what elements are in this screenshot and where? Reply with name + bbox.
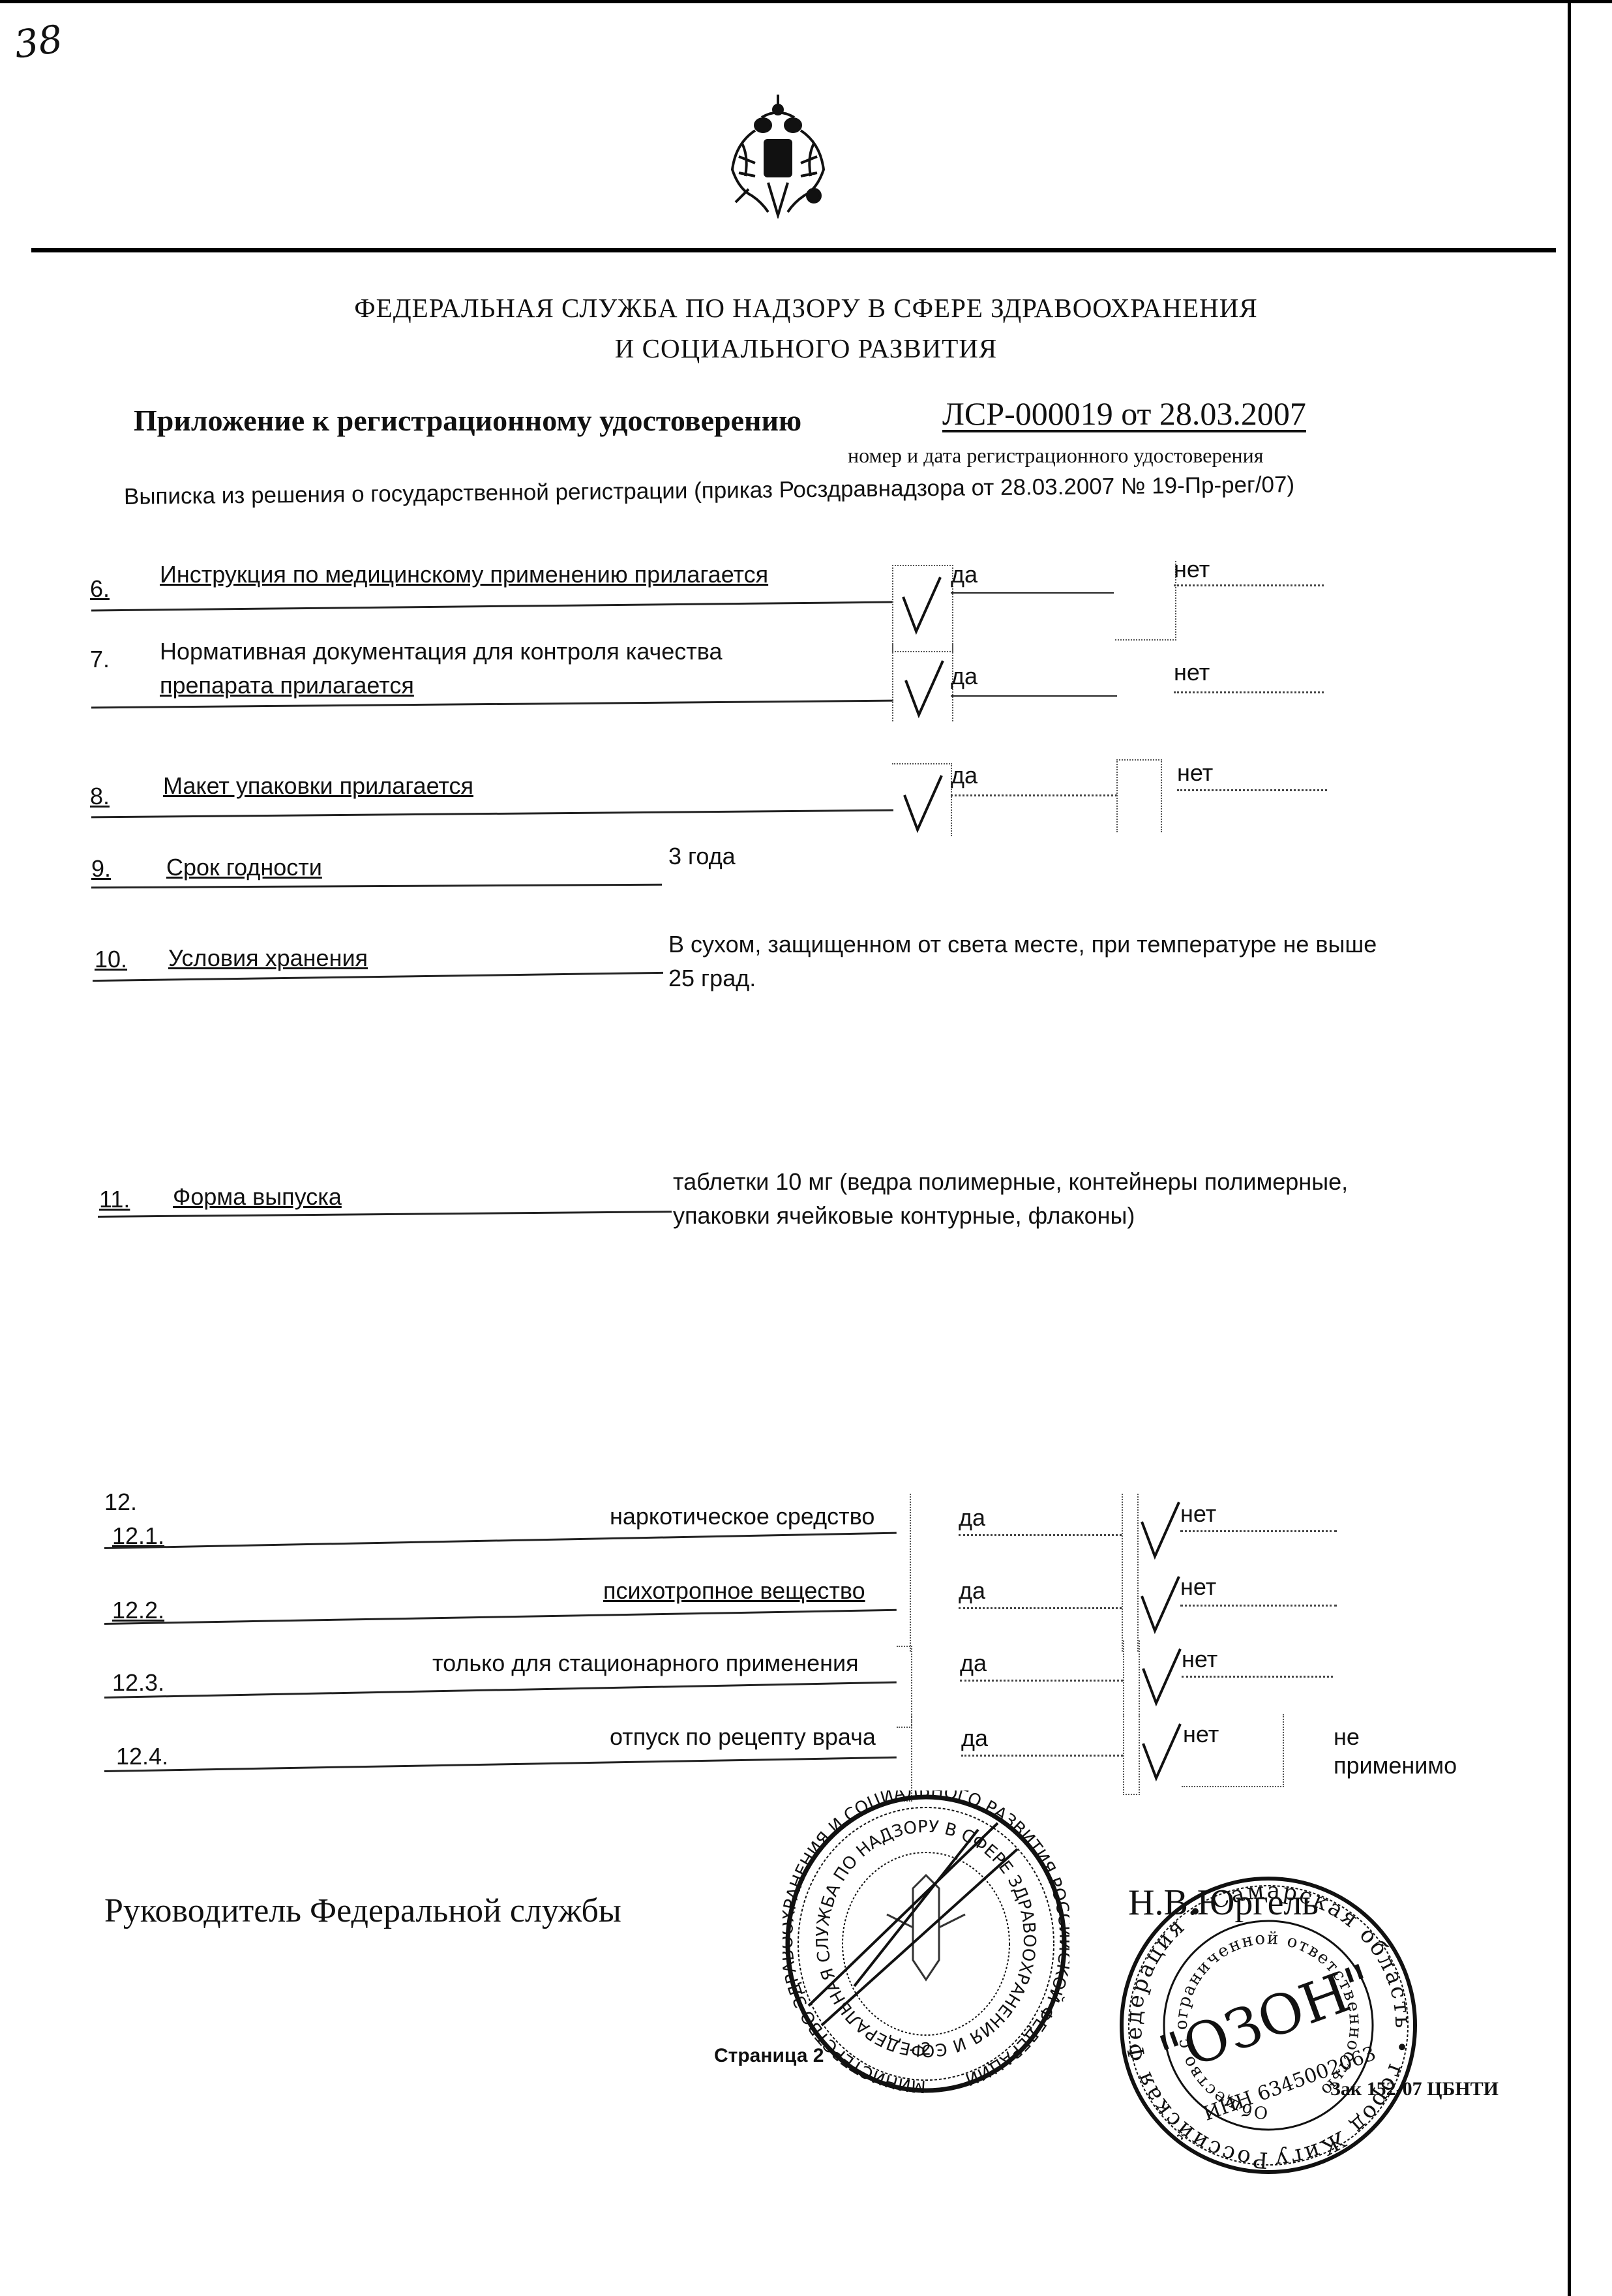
no-label: нет	[1174, 659, 1210, 686]
section-12-number: 12.	[104, 1488, 137, 1516]
company-ozon-stamp: Российская Федерация • Самарская область…	[1115, 1872, 1422, 2179]
yes-label: да	[951, 663, 978, 690]
fill-line	[951, 695, 1117, 697]
no-checkbox[interactable]	[1123, 1714, 1140, 1795]
yes-checkbox[interactable]	[897, 1567, 911, 1652]
no-checkbox[interactable]	[1122, 1494, 1139, 1578]
checkmark-icon	[901, 772, 947, 834]
checkmark-icon	[1140, 1646, 1186, 1708]
fill-line	[104, 1609, 897, 1625]
item-number: 12.3.	[112, 1669, 164, 1697]
signatory-title: Руководитель Федеральной службы	[104, 1892, 621, 1930]
item-number: 8.	[90, 783, 110, 810]
yes-label: да	[951, 762, 978, 789]
item-label-line1: Нормативная документация для контроля ка…	[160, 638, 723, 665]
no-checkbox[interactable]	[1115, 561, 1176, 641]
registration-extract: Выписка из решения о государственной рег…	[124, 472, 1294, 510]
fill-line	[104, 1532, 897, 1549]
coat-of-arms-icon	[723, 91, 833, 219]
fill-line	[91, 884, 662, 889]
certificate-caption: номер и дата регистрационного удостовере…	[848, 444, 1264, 468]
certificate-number: ЛСР-000019 от 28.03.2007	[942, 395, 1306, 432]
page-number-label: Страница 2	[714, 2045, 824, 2067]
federal-stamp-center: - 2 -	[909, 2040, 943, 2059]
fill-line	[91, 601, 893, 612]
fill-line	[104, 1682, 897, 1699]
yes-checkbox[interactable]	[897, 1494, 911, 1578]
item-number: 6.	[90, 575, 110, 603]
item-label: Макет упаковки прилагается	[163, 772, 473, 800]
fill-line	[951, 794, 1117, 796]
checkmark-icon	[1139, 1573, 1184, 1635]
storage-conditions-line2: 25 град.	[668, 961, 756, 995]
item-number: 11.	[99, 1186, 130, 1213]
yes-label: да	[960, 1650, 987, 1677]
checkmark-icon	[1139, 1499, 1184, 1561]
fill-line	[1177, 789, 1327, 791]
appendix-title: Приложение к регистрационному удостовере…	[134, 403, 801, 438]
page-top-border	[0, 0, 1612, 3]
no-checkbox[interactable]	[1116, 759, 1162, 832]
item-label-line2: препарата прилагается	[160, 672, 414, 699]
fill-line	[1174, 691, 1324, 693]
checkmark-icon	[903, 657, 948, 719]
fill-line	[951, 592, 1114, 594]
item-label: психотропное вещество	[603, 1577, 865, 1605]
yes-checkbox[interactable]	[892, 565, 953, 652]
agency-name-line2: И СОЦИАЛЬНОГО РАЗВИТИЯ	[0, 333, 1612, 364]
item-number: 7.	[90, 646, 110, 673]
no-label: нет	[1180, 1573, 1216, 1601]
fill-line	[959, 1534, 1122, 1536]
yes-checkbox[interactable]	[892, 644, 953, 721]
item-number: 12.2.	[112, 1597, 164, 1624]
no-checkbox[interactable]	[1123, 1640, 1140, 1725]
fill-line	[1174, 584, 1324, 586]
not-applicable-label-line2: применимо	[1334, 1752, 1457, 1779]
handwritten-mark: 38	[12, 16, 66, 67]
fill-line	[959, 1607, 1122, 1609]
fill-line	[960, 1680, 1123, 1682]
fill-line	[1180, 1530, 1337, 1532]
yes-label: да	[959, 1504, 985, 1532]
fill-line	[98, 1211, 672, 1218]
item-label: Инструкция по медицинскому применению пр…	[160, 561, 768, 588]
item-label: наркотическое средство	[610, 1503, 874, 1530]
fill-line	[91, 809, 893, 819]
fill-line	[104, 1757, 897, 1772]
fill-line	[91, 700, 893, 709]
yes-checkbox[interactable]	[897, 1714, 912, 1802]
dosage-form-line2: упаковки ячейковые контурные, флаконы)	[673, 1199, 1135, 1233]
not-applicable-checkbox[interactable]	[1182, 1714, 1284, 1787]
print-order-reference: Зак 152-07 ЦБНТИ	[1330, 2078, 1499, 2100]
not-applicable-label-line1: не	[1334, 1723, 1360, 1751]
fill-line	[1182, 1676, 1333, 1678]
checkmark-icon	[900, 574, 946, 636]
yes-checkbox[interactable]	[892, 763, 952, 836]
item-label: отпуск по рецепту врача	[610, 1723, 876, 1751]
storage-conditions-line1: В сухом, защищенном от света месте, при …	[668, 928, 1377, 961]
yes-label: да	[959, 1577, 985, 1605]
item-number: 10.	[95, 946, 127, 973]
dosage-form-line1: таблетки 10 мг (ведра полимерные, контей…	[673, 1165, 1348, 1199]
item-number: 9.	[91, 855, 111, 883]
yes-label: да	[951, 561, 978, 588]
item-label: Срок годности	[166, 854, 322, 881]
no-label: нет	[1174, 556, 1210, 583]
no-label: нет	[1177, 759, 1213, 787]
item-label: только для стационарного применения	[432, 1650, 859, 1677]
item-label: Условия хранения	[168, 944, 368, 972]
shelf-life-value: 3 года	[668, 839, 736, 873]
yes-label: да	[961, 1725, 988, 1752]
no-label: нет	[1182, 1646, 1217, 1673]
fill-line	[961, 1755, 1123, 1757]
header-divider	[31, 248, 1556, 252]
checkmark-icon	[1140, 1721, 1186, 1783]
no-label: нет	[1180, 1500, 1216, 1528]
item-label: Форма выпуска	[173, 1183, 342, 1211]
agency-name-line1: ФЕДЕРАЛЬНАЯ СЛУЖБА ПО НАДЗОРУ В СФЕРЕ ЗД…	[0, 292, 1612, 324]
fill-line	[1180, 1605, 1337, 1607]
federal-service-stamp: МИНИСТЕРСТВО ЗДРАВООХРАНЕНИЯ И СОЦИАЛЬНО…	[783, 1790, 1069, 2097]
item-number: 12.4.	[116, 1743, 168, 1770]
no-checkbox[interactable]	[1122, 1567, 1139, 1652]
fill-line	[93, 972, 663, 982]
